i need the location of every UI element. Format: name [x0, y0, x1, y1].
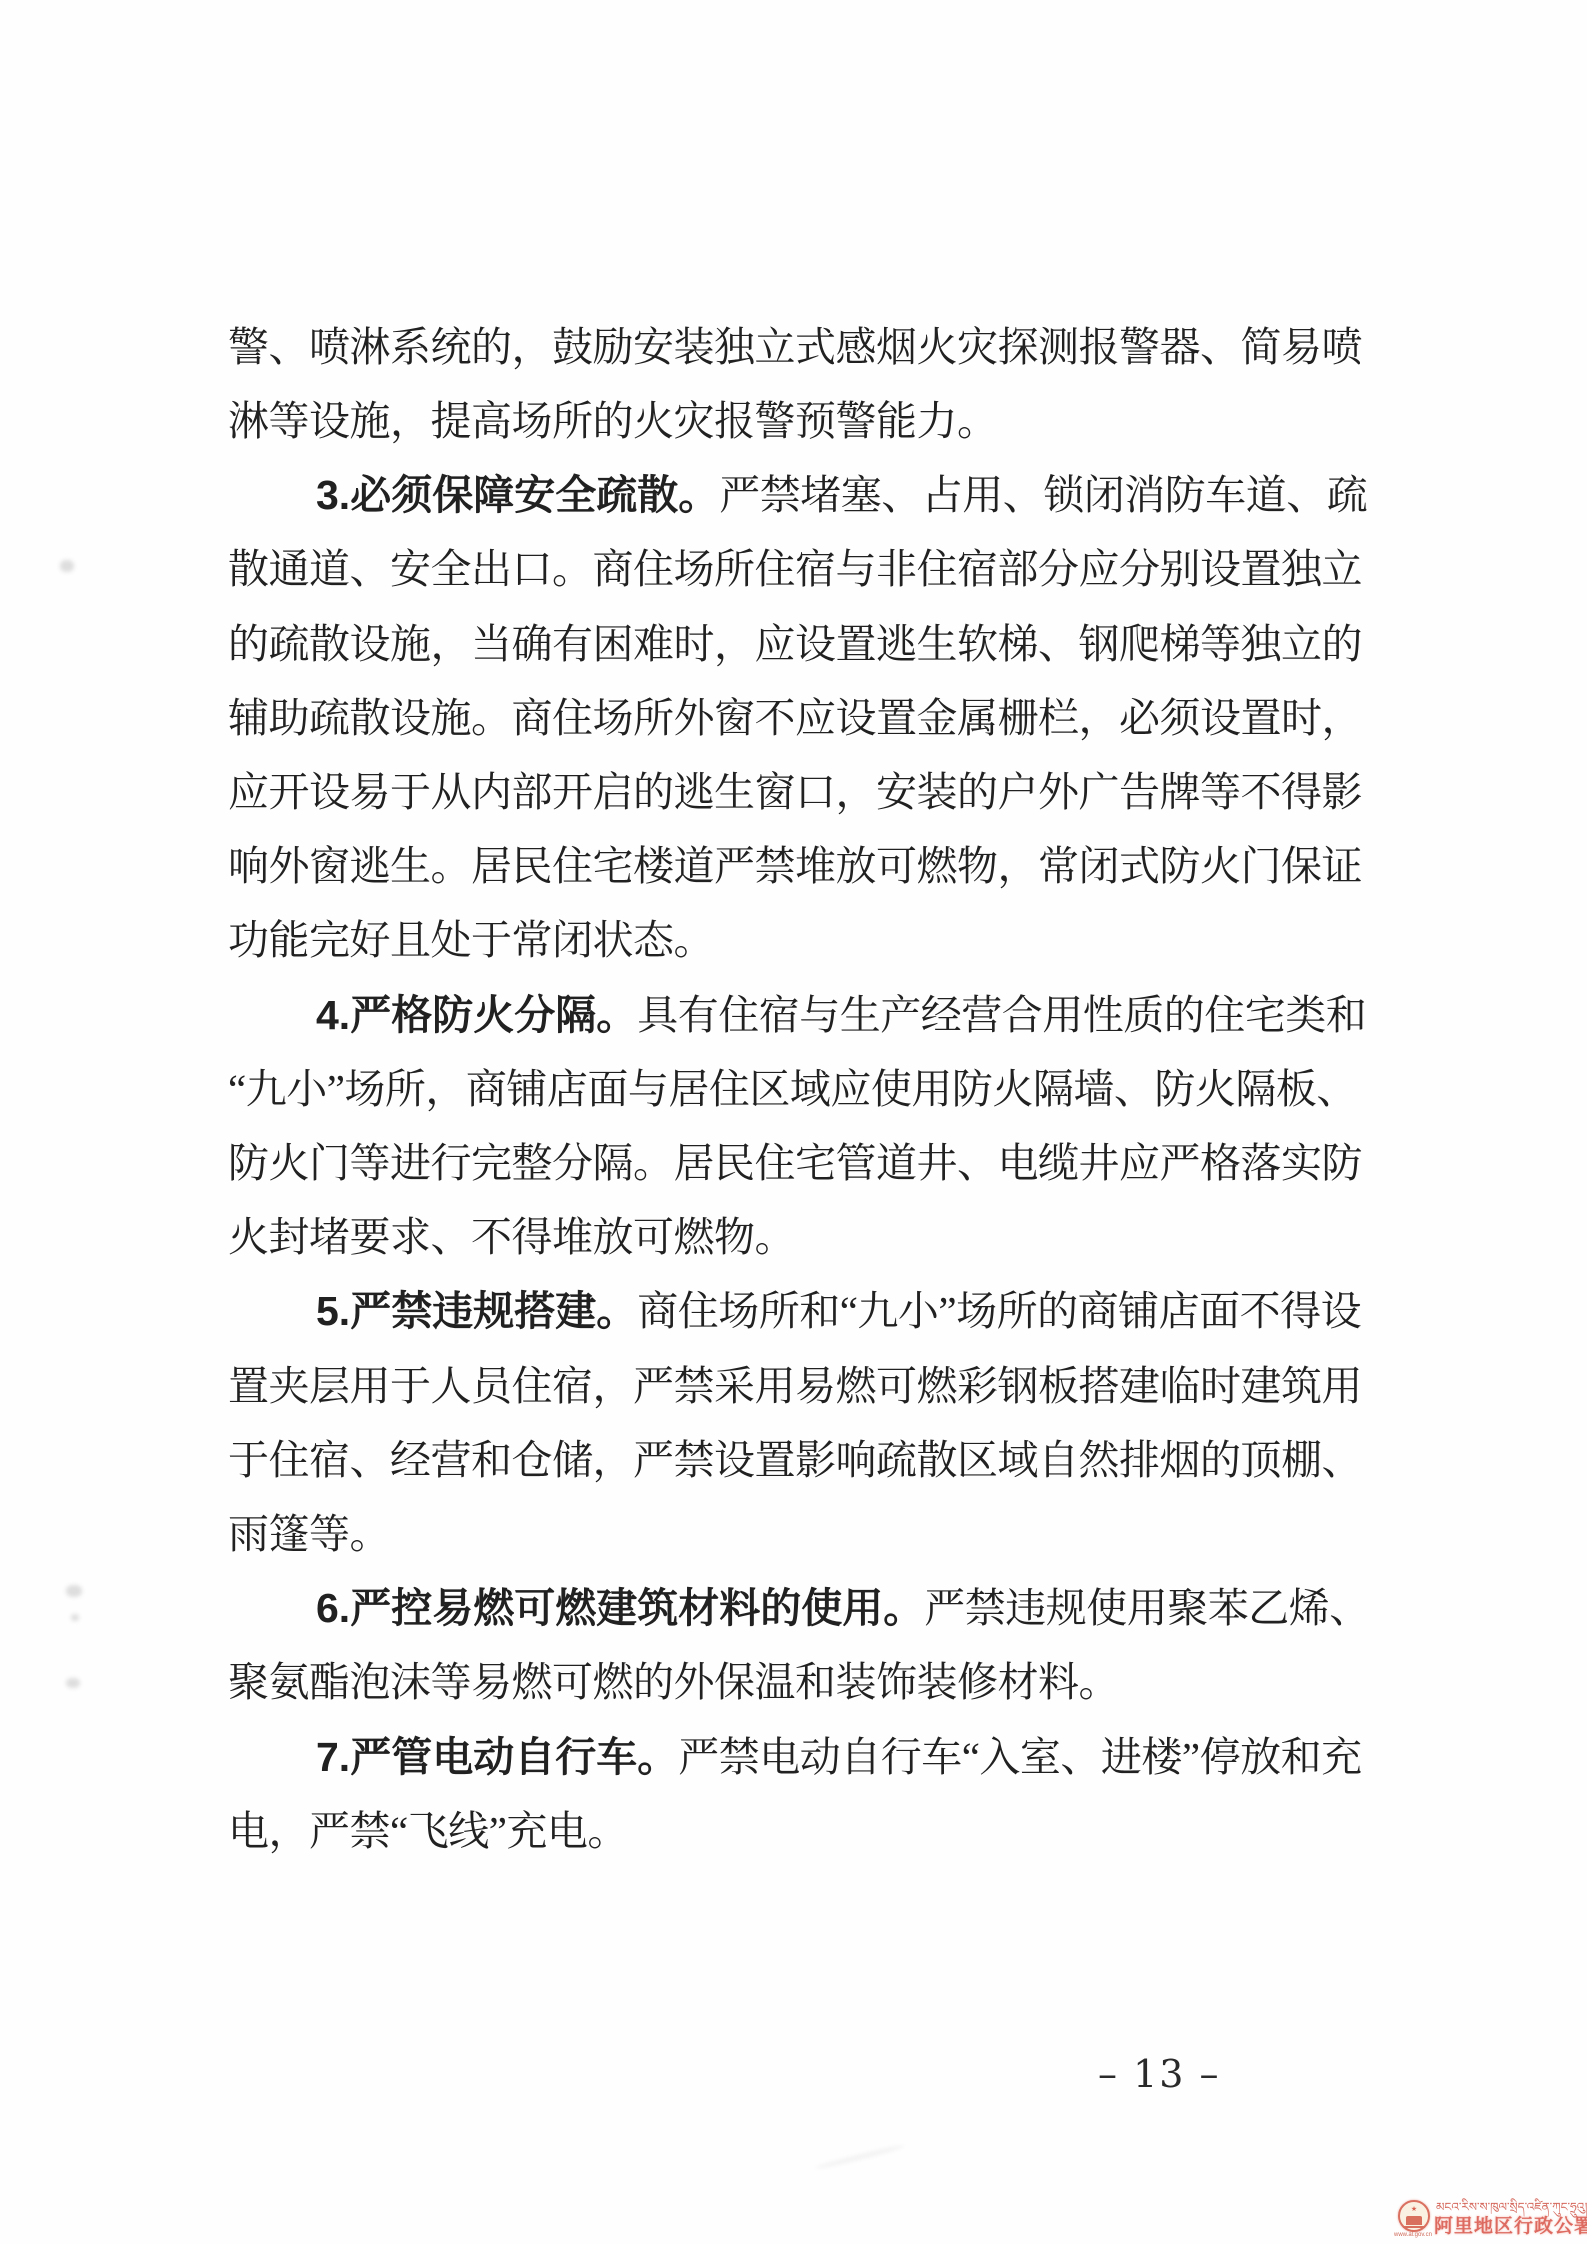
- heading-span: 5.严禁违规搭建。: [316, 1288, 637, 1334]
- text-line: 置夹层用于人员住宿，严禁采用易燃可燃彩钢板搭建临时建筑用: [228, 1366, 1362, 1407]
- body-span: 具有住宿与生产经营合用性质的住宅类和: [637, 992, 1366, 1038]
- text-line: 电，严禁“飞线”充电。: [228, 1811, 628, 1852]
- body-span: 商住场所和“九小”场所的商铺店面不得设: [637, 1288, 1361, 1334]
- body-span: 于住宿、经营和仓储，严禁设置影响疏散区域自然排烟的顶棚、: [228, 1437, 1362, 1483]
- agency-stamp: ★ www.al.gov.cn མངའ་རིས་ས་ཁུལ་སྲིད་འཛིན་…: [1394, 2198, 1587, 2244]
- heading-span: 6.严控易燃可燃建筑材料的使用。: [316, 1585, 924, 1631]
- body-span: 功能完好且处于常闭状态。: [228, 917, 714, 963]
- body-span: 严禁堵塞、占用、锁闭消防车道、疏: [719, 472, 1367, 518]
- body-span: “九小”场所，商铺店面与居住区域应使用防火隔墙、防火隔板、: [228, 1066, 1357, 1112]
- text-line: 聚氨酯泡沫等易燃可燃的外保温和装饰装修材料。: [228, 1662, 1119, 1703]
- scan-smudge: [71, 1614, 79, 1621]
- text-line: 火封堵要求、不得堆放可燃物。: [228, 1217, 795, 1258]
- body-span: 置夹层用于人员住宿，严禁采用易燃可燃彩钢板搭建临时建筑用: [228, 1363, 1362, 1409]
- tibetan-text: མངའ་རིས་ས་ཁུལ་སྲིད་འཛིན་ཀུང་ཧྲུའུ།: [1436, 2200, 1587, 2214]
- text-line: 应开设易于从内部开启的逃生窗口，安装的户外广告牌等不得影: [228, 772, 1362, 813]
- national-emblem-icon: ★: [1398, 2200, 1430, 2232]
- text-line: 功能完好且处于常闭状态。: [228, 920, 714, 961]
- body-span: 雨篷等。: [228, 1511, 390, 1557]
- scan-smudge: [66, 1585, 82, 1597]
- text-line: 3.必须保障安全疏散。严禁堵塞、占用、锁闭消防车道、疏: [316, 475, 1367, 516]
- text-line: 雨篷等。: [228, 1514, 390, 1555]
- body-span: 应开设易于从内部开启的逃生窗口，安装的户外广告牌等不得影: [228, 769, 1362, 815]
- text-line: 的疏散设施，当确有困难时，应设置逃生软梯、钢爬梯等独立的: [228, 624, 1362, 665]
- body-span: 的疏散设施，当确有困难时，应设置逃生软梯、钢爬梯等独立的: [228, 621, 1362, 667]
- body-span: 警、喷淋系统的，鼓励安装独立式感烟火灾探测报警器、简易喷: [228, 324, 1362, 370]
- text-line: “九小”场所，商铺店面与居住区域应使用防火隔墙、防火隔板、: [228, 1069, 1357, 1110]
- body-span: 电，严禁“飞线”充电。: [228, 1808, 628, 1854]
- text-line: 警、喷淋系统的，鼓励安装独立式感烟火灾探测报警器、简易喷: [228, 327, 1362, 368]
- body-span: 聚氨酯泡沫等易燃可燃的外保温和装饰装修材料。: [228, 1659, 1119, 1705]
- body-span: 散通道、安全出口。商住场所住宿与非住宿部分应分别设置独立: [228, 546, 1362, 592]
- text-line: 响外窗逃生。居民住宅楼道严禁堆放可燃物，常闭式防火门保证: [228, 846, 1362, 887]
- text-line: 于住宿、经营和仓储，严禁设置影响疏散区域自然排烟的顶棚、: [228, 1440, 1362, 1481]
- scan-smudge: [60, 560, 74, 572]
- text-line: 散通道、安全出口。商住场所住宿与非住宿部分应分别设置独立: [228, 549, 1362, 590]
- page-number: – 13 –: [1098, 2052, 1221, 2096]
- document-page: 警、喷淋系统的，鼓励安装独立式感烟火灾探测报警器、简易喷 淋等设施，提高场所的火…: [0, 0, 1587, 2244]
- text-line: 淋等设施，提高场所的火灾报警预警能力。: [228, 401, 998, 442]
- text-line: 4.严格防火分隔。具有住宿与生产经营合用性质的住宅类和: [316, 995, 1366, 1036]
- body-span: 防火门等进行完整分隔。居民住宅管道井、电缆井应严格落实防: [228, 1140, 1362, 1186]
- body-span: 辅助疏散设施。商住场所外窗不应设置金属栅栏，必须设置时，: [228, 695, 1362, 741]
- text-line: 5.严禁违规搭建。商住场所和“九小”场所的商铺店面不得设: [316, 1291, 1361, 1332]
- heading-span: 3.必须保障安全疏散。: [316, 472, 719, 518]
- scan-smudge: [66, 1678, 80, 1688]
- text-line: 防火门等进行完整分隔。居民住宅管道井、电缆井应严格落实防: [228, 1143, 1362, 1184]
- text-line: 6.严控易燃可燃建筑材料的使用。严禁违规使用聚苯乙烯、: [316, 1588, 1370, 1629]
- heading-span: 4.严格防火分隔。: [316, 992, 637, 1038]
- text-line: 7.严管电动自行车。严禁电动自行车“入室、进楼”停放和充: [316, 1737, 1362, 1778]
- body-span: 淋等设施，提高场所的火灾报警预警能力。: [228, 398, 998, 444]
- body-span: 火封堵要求、不得堆放可燃物。: [228, 1214, 795, 1260]
- agency-url: www.al.gov.cn: [1394, 2232, 1430, 2239]
- body-span: 严禁电动自行车“入室、进楼”停放和充: [678, 1734, 1361, 1780]
- body-span: 响外窗逃生。居民住宅楼道严禁堆放可燃物，常闭式防火门保证: [228, 843, 1362, 889]
- emblem-base: [1403, 2226, 1425, 2228]
- scan-smudge: [816, 2144, 904, 2170]
- heading-span: 7.严管电动自行车。: [316, 1734, 678, 1780]
- agency-name: 阿里地区行政公署: [1434, 2216, 1587, 2238]
- body-span: 严禁违规使用聚苯乙烯、: [924, 1585, 1370, 1631]
- emblem-gate: [1406, 2216, 1422, 2225]
- emblem-stars: ★: [1400, 2206, 1428, 2213]
- text-line: 辅助疏散设施。商住场所外窗不应设置金属栅栏，必须设置时，: [228, 698, 1362, 739]
